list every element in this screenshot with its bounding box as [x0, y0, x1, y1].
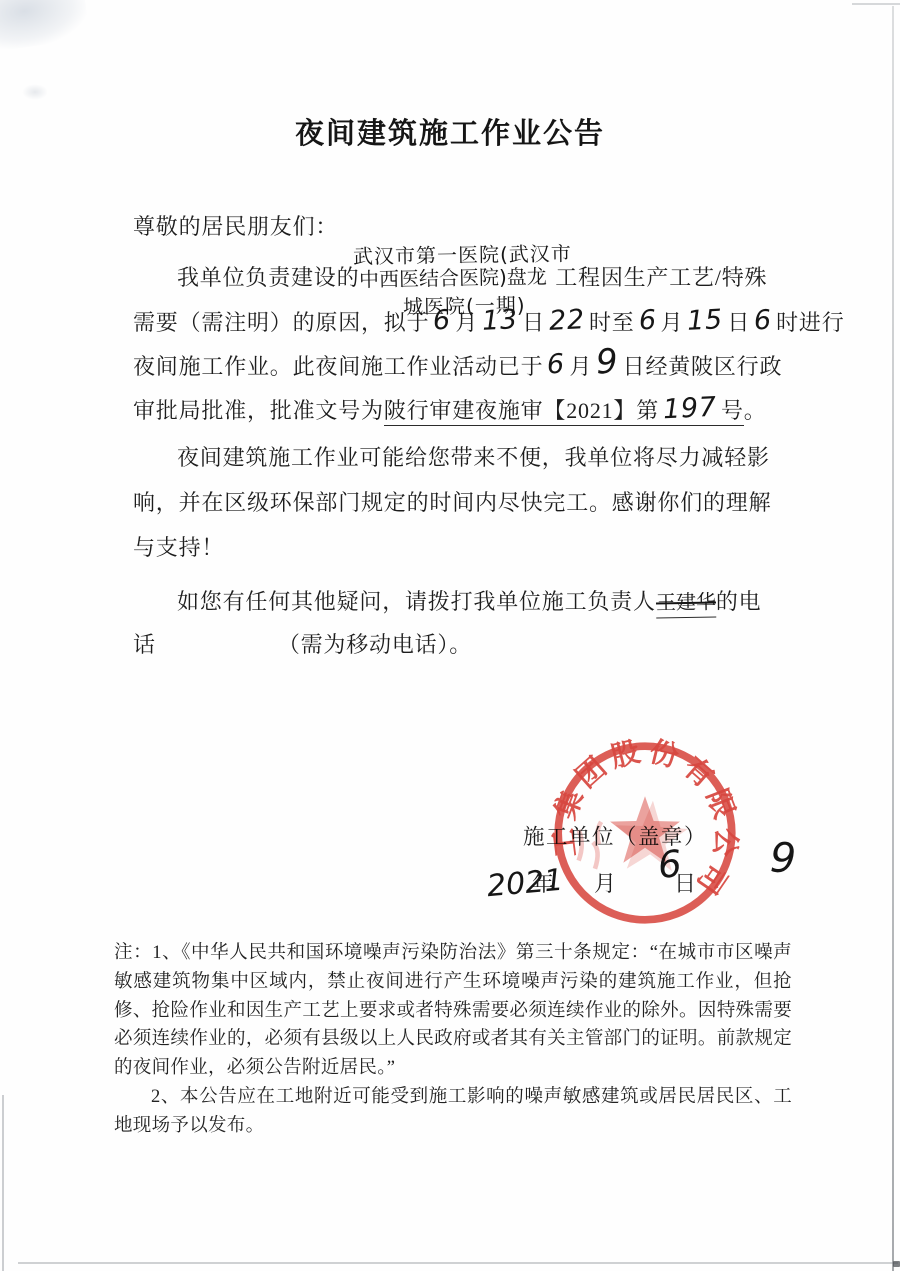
- scan-edge-top-right: [852, 3, 900, 5]
- para3-line1: 如您有任何其他疑问，请拨打我单位施工负责人王建华的电: [177, 587, 761, 618]
- printed-text: 日: [727, 310, 750, 335]
- printed-text: 。: [744, 398, 767, 423]
- printed-text: 我单位负责建设的: [177, 265, 359, 290]
- para3-line2: 话（需为移动电话）。: [133, 630, 472, 660]
- handwritten-month: 6: [638, 310, 657, 333]
- approval-number: 陂行审建夜施审【2021】第197号: [384, 398, 744, 426]
- scanned-notice-page: 夜间建筑施工作业公告 尊敬的居民朋友们： 武汉市第一医院(武汉市 我单位负责建设…: [0, 0, 900, 1271]
- scan-edge-bottom: [18, 1262, 898, 1264]
- printed-text: 月: [455, 310, 478, 335]
- printed-text: 时至: [589, 310, 635, 335]
- printed-text: 时进行: [776, 310, 844, 335]
- handwritten-month: 6: [547, 354, 566, 377]
- printed-text: 话: [133, 632, 156, 657]
- handwritten-day: 13: [482, 309, 519, 333]
- printed-text: 的电: [716, 589, 762, 614]
- printed-text: 号: [721, 398, 744, 423]
- handwritten-hour: 6: [754, 310, 773, 333]
- note-1: 注：1、《中华人民共和国环境噪声污染防治法》第三十条规定：“在城市市区噪声敏感建…: [114, 939, 792, 1083]
- printed-text: 月: [569, 354, 592, 379]
- para1-line3: 夜间施工作业。此夜间施工作业活动已于6月9日经黄陂区行政: [133, 352, 782, 382]
- handwritten-contact-name: 王建华: [656, 586, 717, 618]
- printed-text: 需要（需注明）的原因，拟于: [133, 310, 429, 335]
- handwritten-day: 9: [596, 350, 620, 373]
- page-title: 夜间建筑施工作业公告: [0, 111, 900, 152]
- printed-text: 日: [522, 310, 545, 335]
- para1-line2: 需要（需注明）的原因，拟于6月13日22时至6月15日6时进行: [133, 308, 845, 338]
- scan-smudge-dot: [22, 84, 48, 100]
- scan-smudge-top-left: [0, 0, 90, 51]
- printed-text: （需为移动电话）。: [278, 632, 472, 657]
- note-2: 2、本公告应在工地附近可能受到施工影响的噪声敏感建筑或居民居民区、工地现场予以发…: [114, 1083, 792, 1141]
- seal-faint-marks: [579, 822, 601, 869]
- handwritten-day: 15: [687, 309, 724, 333]
- para1-line1: 我单位负责建设的中西医结合医院)盘龙工程因生产工艺/特殊: [177, 263, 767, 293]
- footer-notes: 注：1、《中华人民共和国环境噪声污染防治法》第三十条规定：“在城市市区噪声敏感建…: [114, 939, 792, 1141]
- handwritten-day: 9: [770, 847, 797, 870]
- para2-line2: 响，并在区级环保部门规定的时间内尽快完工。感谢你们的理解: [133, 488, 771, 518]
- printed-text: 夜间施工作业。此夜间施工作业活动已于: [133, 354, 543, 379]
- company-seal: 工集团股份有限公司: [548, 736, 742, 930]
- printed-text: 月: [661, 310, 684, 335]
- printed-text: 日经黄陂区行政: [623, 354, 783, 379]
- handwritten-hour: 22: [548, 309, 585, 333]
- salutation: 尊敬的居民朋友们：: [133, 212, 338, 242]
- handwritten-approval-no: 197: [662, 397, 717, 422]
- para1-line4: 审批局批准，批准文号为陂行审建夜施审【2021】第197号。: [133, 396, 767, 426]
- handwritten-month: 6: [433, 310, 452, 333]
- scan-tick-bottom-right: [893, 1261, 900, 1267]
- printed-text: 陂行审建夜施审【2021】第: [384, 398, 659, 423]
- scan-edge-left: [2, 1095, 4, 1271]
- printed-text: 工程因生产工艺/特殊: [555, 265, 767, 290]
- printed-text: 如您有任何其他疑问，请拨打我单位施工负责人: [177, 589, 656, 614]
- printed-text: 审批局批准，批准文号为: [133, 398, 384, 423]
- scan-edge-right: [892, 6, 894, 1271]
- para2-line3: 与支持！: [133, 533, 224, 563]
- para2-line1: 夜间建筑施工作业可能给您带来不便，我单位将尽力减轻影: [177, 443, 770, 473]
